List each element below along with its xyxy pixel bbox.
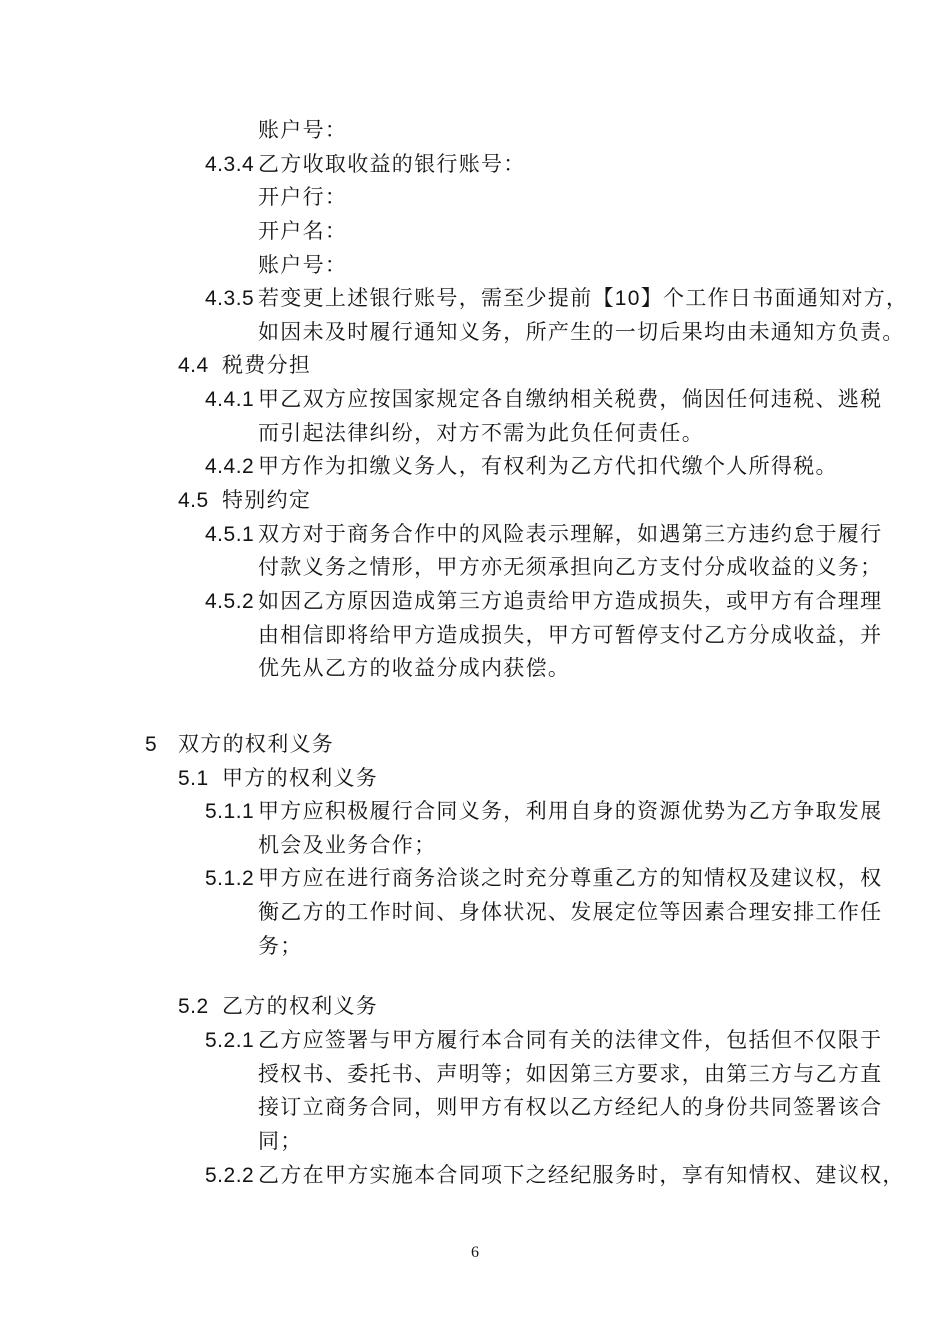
clause-line: 税费分担 <box>222 349 950 383</box>
clause-item: 5.2 乙方的权利义务 <box>0 990 950 1024</box>
clause-number: 5.1.1 <box>205 795 254 829</box>
clause-line: 甲方应在进行商务洽谈之时充分尊重乙方的知情权及建议权，权 <box>258 862 950 896</box>
clause-item: 5 双方的权利义务 <box>0 728 950 762</box>
clause-number: 4.3.5 <box>205 282 254 316</box>
clause-text: 若变更上述银行账号，需至少提前【10】个工作日书面通知对方，如因未及时履行通知义… <box>258 282 950 349</box>
page-number: 6 <box>0 1244 950 1262</box>
clause-number: 5.1.2 <box>205 862 254 896</box>
clause-line: 接订立商务合同，则甲方有权以乙方经纪人的身份共同签署该合 <box>258 1091 950 1125</box>
clause-line: 双方的权利义务 <box>178 728 950 762</box>
clause-text: 双方对于商务合作中的风险表示理解，如遇第三方违约怠于履行付款义务之情形，甲方亦无… <box>258 518 950 585</box>
clause-text: 甲方的权利义务 <box>222 762 950 796</box>
clause-item: 5.2.1 乙方应签署与甲方履行本合同有关的法律文件，包括但不仅限于授权书、委托… <box>0 1024 950 1159</box>
clause-text: 甲乙双方应按国家规定各自缴纳相关税费，倘因任何违税、逃税而引起法律纠纷，对方不需… <box>258 383 950 450</box>
clause-line: 衡乙方的工作时间、身体状况、发展定位等因素合理安排工作任 <box>258 896 950 930</box>
clause-line: 账户号： <box>258 114 950 148</box>
clause-line: 授权书、委托书、声明等；如因第三方要求，由第三方与乙方直 <box>258 1058 950 1092</box>
clause-line: 乙方应签署与甲方履行本合同有关的法律文件，包括但不仅限于 <box>258 1024 950 1058</box>
clause-number: 4.4 <box>178 349 209 383</box>
clause-line: 特别约定 <box>222 484 950 518</box>
clause-item: 4.4.2 甲方作为扣缴义务人，有权利为乙方代扣代缴个人所得税。 <box>0 450 950 484</box>
clause-number: 4.5.2 <box>205 585 254 619</box>
clause-text: 乙方收取收益的银行账号： <box>258 148 950 182</box>
clause-line: 双方对于商务合作中的风险表示理解，如遇第三方违约怠于履行 <box>258 518 950 552</box>
clause-text: 乙方的权利义务 <box>222 990 950 1024</box>
clause-text: 税费分担 <box>222 349 950 383</box>
clause-item: 5.1 甲方的权利义务 <box>0 762 950 796</box>
clause-item: 4.5.2 如因乙方原因造成第三方追责给甲方造成损失，或甲方有合理理由相信即将给… <box>0 585 950 686</box>
clause-item: 5.2.2 乙方在甲方实施本合同项下之经纪服务时，享有知情权、建议权， <box>0 1159 950 1193</box>
clause-text: 乙方应签署与甲方履行本合同有关的法律文件，包括但不仅限于授权书、委托书、声明等；… <box>258 1024 950 1159</box>
clause-line: 机会及业务合作； <box>258 829 950 863</box>
clause-item: 开户名： <box>0 215 950 249</box>
clause-text: 乙方在甲方实施本合同项下之经纪服务时，享有知情权、建议权， <box>258 1159 950 1193</box>
clause-line: 付款义务之情形，甲方亦无须承担向乙方支付分成收益的义务； <box>258 551 950 585</box>
clause-line: 同； <box>258 1125 950 1159</box>
clause-line: 开户名： <box>258 215 950 249</box>
clause-item: 4.5.1 双方对于商务合作中的风险表示理解，如遇第三方违约怠于履行付款义务之情… <box>0 518 950 585</box>
clause-text: 开户名： <box>258 215 950 249</box>
clause-item: 4.3.5 若变更上述银行账号，需至少提前【10】个工作日书面通知对方，如因未及… <box>0 282 950 349</box>
clause-number: 5 <box>145 728 157 762</box>
clause-line: 优先从乙方的收益分成内获偿。 <box>258 652 950 686</box>
clause-text: 账户号： <box>258 249 950 283</box>
clause-line: 若变更上述银行账号，需至少提前【10】个工作日书面通知对方， <box>258 282 950 316</box>
clause-line: 如因未及时履行通知义务，所产生的一切后果均由未通知方负责。 <box>258 316 950 350</box>
clause-text: 甲方作为扣缴义务人，有权利为乙方代扣代缴个人所得税。 <box>258 450 950 484</box>
clause-line: 开户行： <box>258 181 950 215</box>
clause-line: 乙方在甲方实施本合同项下之经纪服务时，享有知情权、建议权， <box>258 1159 950 1193</box>
clause-item: 4.3.4 乙方收取收益的银行账号： <box>0 148 950 182</box>
clause-item: 开户行： <box>0 181 950 215</box>
clause-text: 甲方应积极履行合同义务，利用自身的资源优势为乙方争取发展机会及业务合作； <box>258 795 950 862</box>
clause-number: 4.3.4 <box>205 148 254 182</box>
clause-line: 如因乙方原因造成第三方追责给甲方造成损失，或甲方有合理理 <box>258 585 950 619</box>
clause-text: 特别约定 <box>222 484 950 518</box>
clause-line: 甲方应积极履行合同义务，利用自身的资源优势为乙方争取发展 <box>258 795 950 829</box>
clause-text: 甲方应在进行商务洽谈之时充分尊重乙方的知情权及建议权，权衡乙方的工作时间、身体状… <box>258 862 950 963</box>
clause-number: 5.2.1 <box>205 1024 254 1058</box>
clause-item: 5.1.1 甲方应积极履行合同义务，利用自身的资源优势为乙方争取发展机会及业务合… <box>0 795 950 862</box>
clause-line: 而引起法律纠纷，对方不需为此负任何责任。 <box>258 417 950 451</box>
contract-body: 账户号： 4.3.4 乙方收取收益的银行账号： 开户行： 开户名： 账户号： 4… <box>0 114 950 1192</box>
clause-line: 甲乙双方应按国家规定各自缴纳相关税费，倘因任何违税、逃税 <box>258 383 950 417</box>
clause-text: 双方的权利义务 <box>178 728 950 762</box>
clause-item: 4.4 税费分担 <box>0 349 950 383</box>
clause-text: 账户号： <box>258 114 950 148</box>
clause-item: 5.1.2 甲方应在进行商务洽谈之时充分尊重乙方的知情权及建议权，权衡乙方的工作… <box>0 862 950 963</box>
clause-text: 开户行： <box>258 181 950 215</box>
clause-item: 账户号： <box>0 249 950 283</box>
clause-number: 4.4.1 <box>205 383 254 417</box>
clause-item: 4.5 特别约定 <box>0 484 950 518</box>
clause-number: 4.4.2 <box>205 450 254 484</box>
document-page: 账户号： 4.3.4 乙方收取收益的银行账号： 开户行： 开户名： 账户号： 4… <box>0 0 950 1344</box>
clause-text: 如因乙方原因造成第三方追责给甲方造成损失，或甲方有合理理由相信即将给甲方造成损失… <box>258 585 950 686</box>
clause-number: 5.2 <box>178 990 209 1024</box>
clause-line: 乙方收取收益的银行账号： <box>258 148 950 182</box>
clause-number: 5.1 <box>178 762 209 796</box>
clause-line: 甲方的权利义务 <box>222 762 950 796</box>
clause-line: 乙方的权利义务 <box>222 990 950 1024</box>
clause-item: 账户号： <box>0 114 950 148</box>
clause-line: 由相信即将给甲方造成损失，甲方可暂停支付乙方分成收益，并 <box>258 619 950 653</box>
clause-line: 务； <box>258 930 950 964</box>
clause-number: 4.5.1 <box>205 518 254 552</box>
clause-item: 4.4.1 甲乙双方应按国家规定各自缴纳相关税费，倘因任何违税、逃税而引起法律纠… <box>0 383 950 450</box>
clause-number: 5.2.2 <box>205 1159 254 1193</box>
clause-number: 4.5 <box>178 484 209 518</box>
clause-line: 甲方作为扣缴义务人，有权利为乙方代扣代缴个人所得税。 <box>258 450 950 484</box>
clause-line: 账户号： <box>258 249 950 283</box>
